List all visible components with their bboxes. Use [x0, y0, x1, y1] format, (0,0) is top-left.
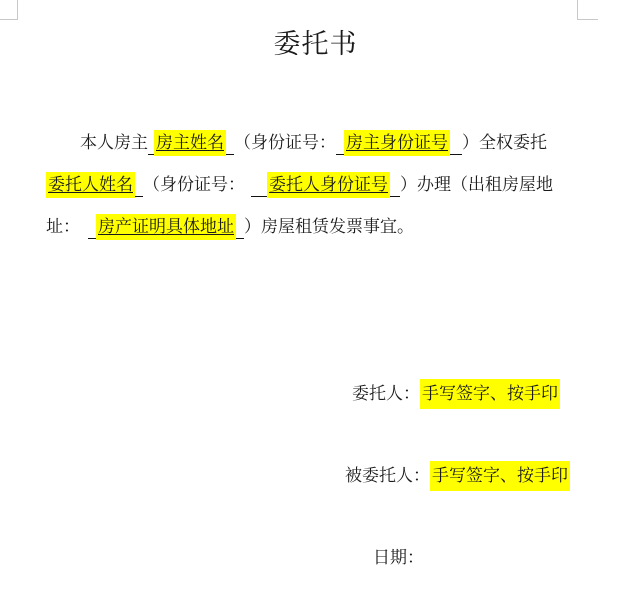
agent-signature-row: 被委托人：手写签字、按手印	[345, 461, 570, 489]
paragraph-line-1: 本人房主房主姓名（身份证号：房主身份证号）全权委托	[80, 128, 547, 156]
line3-prefix: 址：	[46, 217, 80, 237]
principal-signature-row: 委托人：手写签字、按手印	[352, 379, 560, 407]
line2-mid: （身份证号：	[143, 175, 245, 195]
line3-suffix: ）房屋租赁发票事宜。	[244, 217, 414, 237]
agent-name-placeholder: 委托人姓名	[46, 172, 135, 198]
date-label: 日期：	[373, 548, 424, 568]
agent-signature-field[interactable]: 手写签字、按手印	[430, 461, 570, 491]
agent-label: 被委托人：	[345, 466, 430, 486]
owner-name-placeholder: 房主姓名	[154, 130, 226, 156]
agent-name-field[interactable]: 委托人姓名	[46, 170, 143, 197]
page-corner-mark-top-right	[577, 0, 598, 20]
address-field[interactable]: 房产证明具体地址	[88, 212, 244, 239]
agent-id-placeholder: 委托人身份证号	[267, 172, 390, 198]
address-placeholder: 房产证明具体地址	[96, 214, 236, 240]
line1-suffix: ）全权委托	[462, 133, 547, 153]
line1-mid: （身份证号：	[234, 133, 336, 153]
paragraph-line-2: 委托人姓名（身份证号：委托人身份证号）办理（出租房屋地	[46, 170, 553, 198]
date-row: 日期：	[373, 544, 424, 572]
principal-signature-field[interactable]: 手写签字、按手印	[420, 379, 560, 409]
line1-prefix: 本人房主	[80, 133, 148, 153]
paragraph-line-3: 址：房产证明具体地址）房屋租赁发票事宜。	[46, 212, 414, 240]
document-title: 委托书	[0, 22, 631, 61]
line2-suffix: ）办理（出租房屋地	[400, 175, 553, 195]
owner-id-field[interactable]: 房主身份证号	[336, 128, 462, 155]
page-corner-mark-top-left	[0, 0, 18, 20]
owner-name-field[interactable]: 房主姓名	[148, 128, 234, 155]
agent-id-field[interactable]: 委托人身份证号	[251, 170, 400, 197]
principal-label: 委托人：	[352, 384, 420, 404]
owner-id-placeholder: 房主身份证号	[344, 130, 450, 156]
